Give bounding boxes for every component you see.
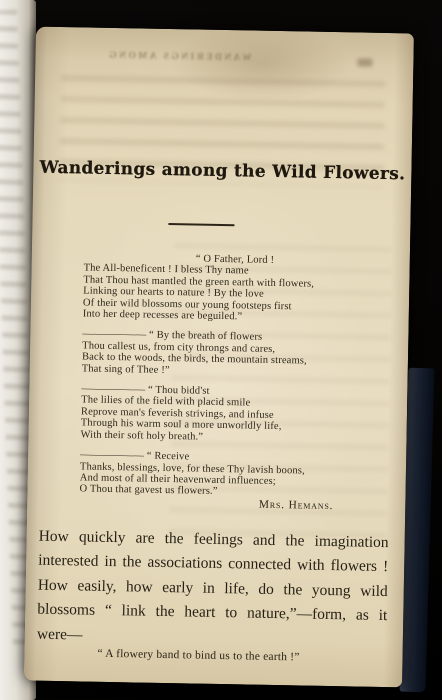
showthrough-page-number	[357, 58, 372, 66]
poem-stanza-4: —————— “ Receive Thanks, blessings, love…	[79, 450, 380, 501]
body-paragraph: How quickly are the feelings and the ima…	[37, 525, 389, 653]
poem-epigraph: “ O Father, Lord ! The All-beneficent ! …	[79, 251, 384, 509]
poem-stanza-2: —————— “ By the breath of flowers Thou c…	[82, 329, 383, 380]
showthrough-running-header: WANDERINGS AMONG	[121, 51, 251, 63]
title-rule	[168, 223, 234, 226]
book-page: WANDERINGS AMONG Wanderings among the Wi…	[24, 27, 414, 688]
photo-background: WANDERINGS AMONG Wanderings among the Wi…	[0, 0, 442, 700]
poem-stanza-3: —————— “ Thou bidd'st The lilies of the …	[80, 383, 381, 446]
poem-stanza-1: “ O Father, Lord ! The All-beneficent ! …	[83, 251, 384, 325]
